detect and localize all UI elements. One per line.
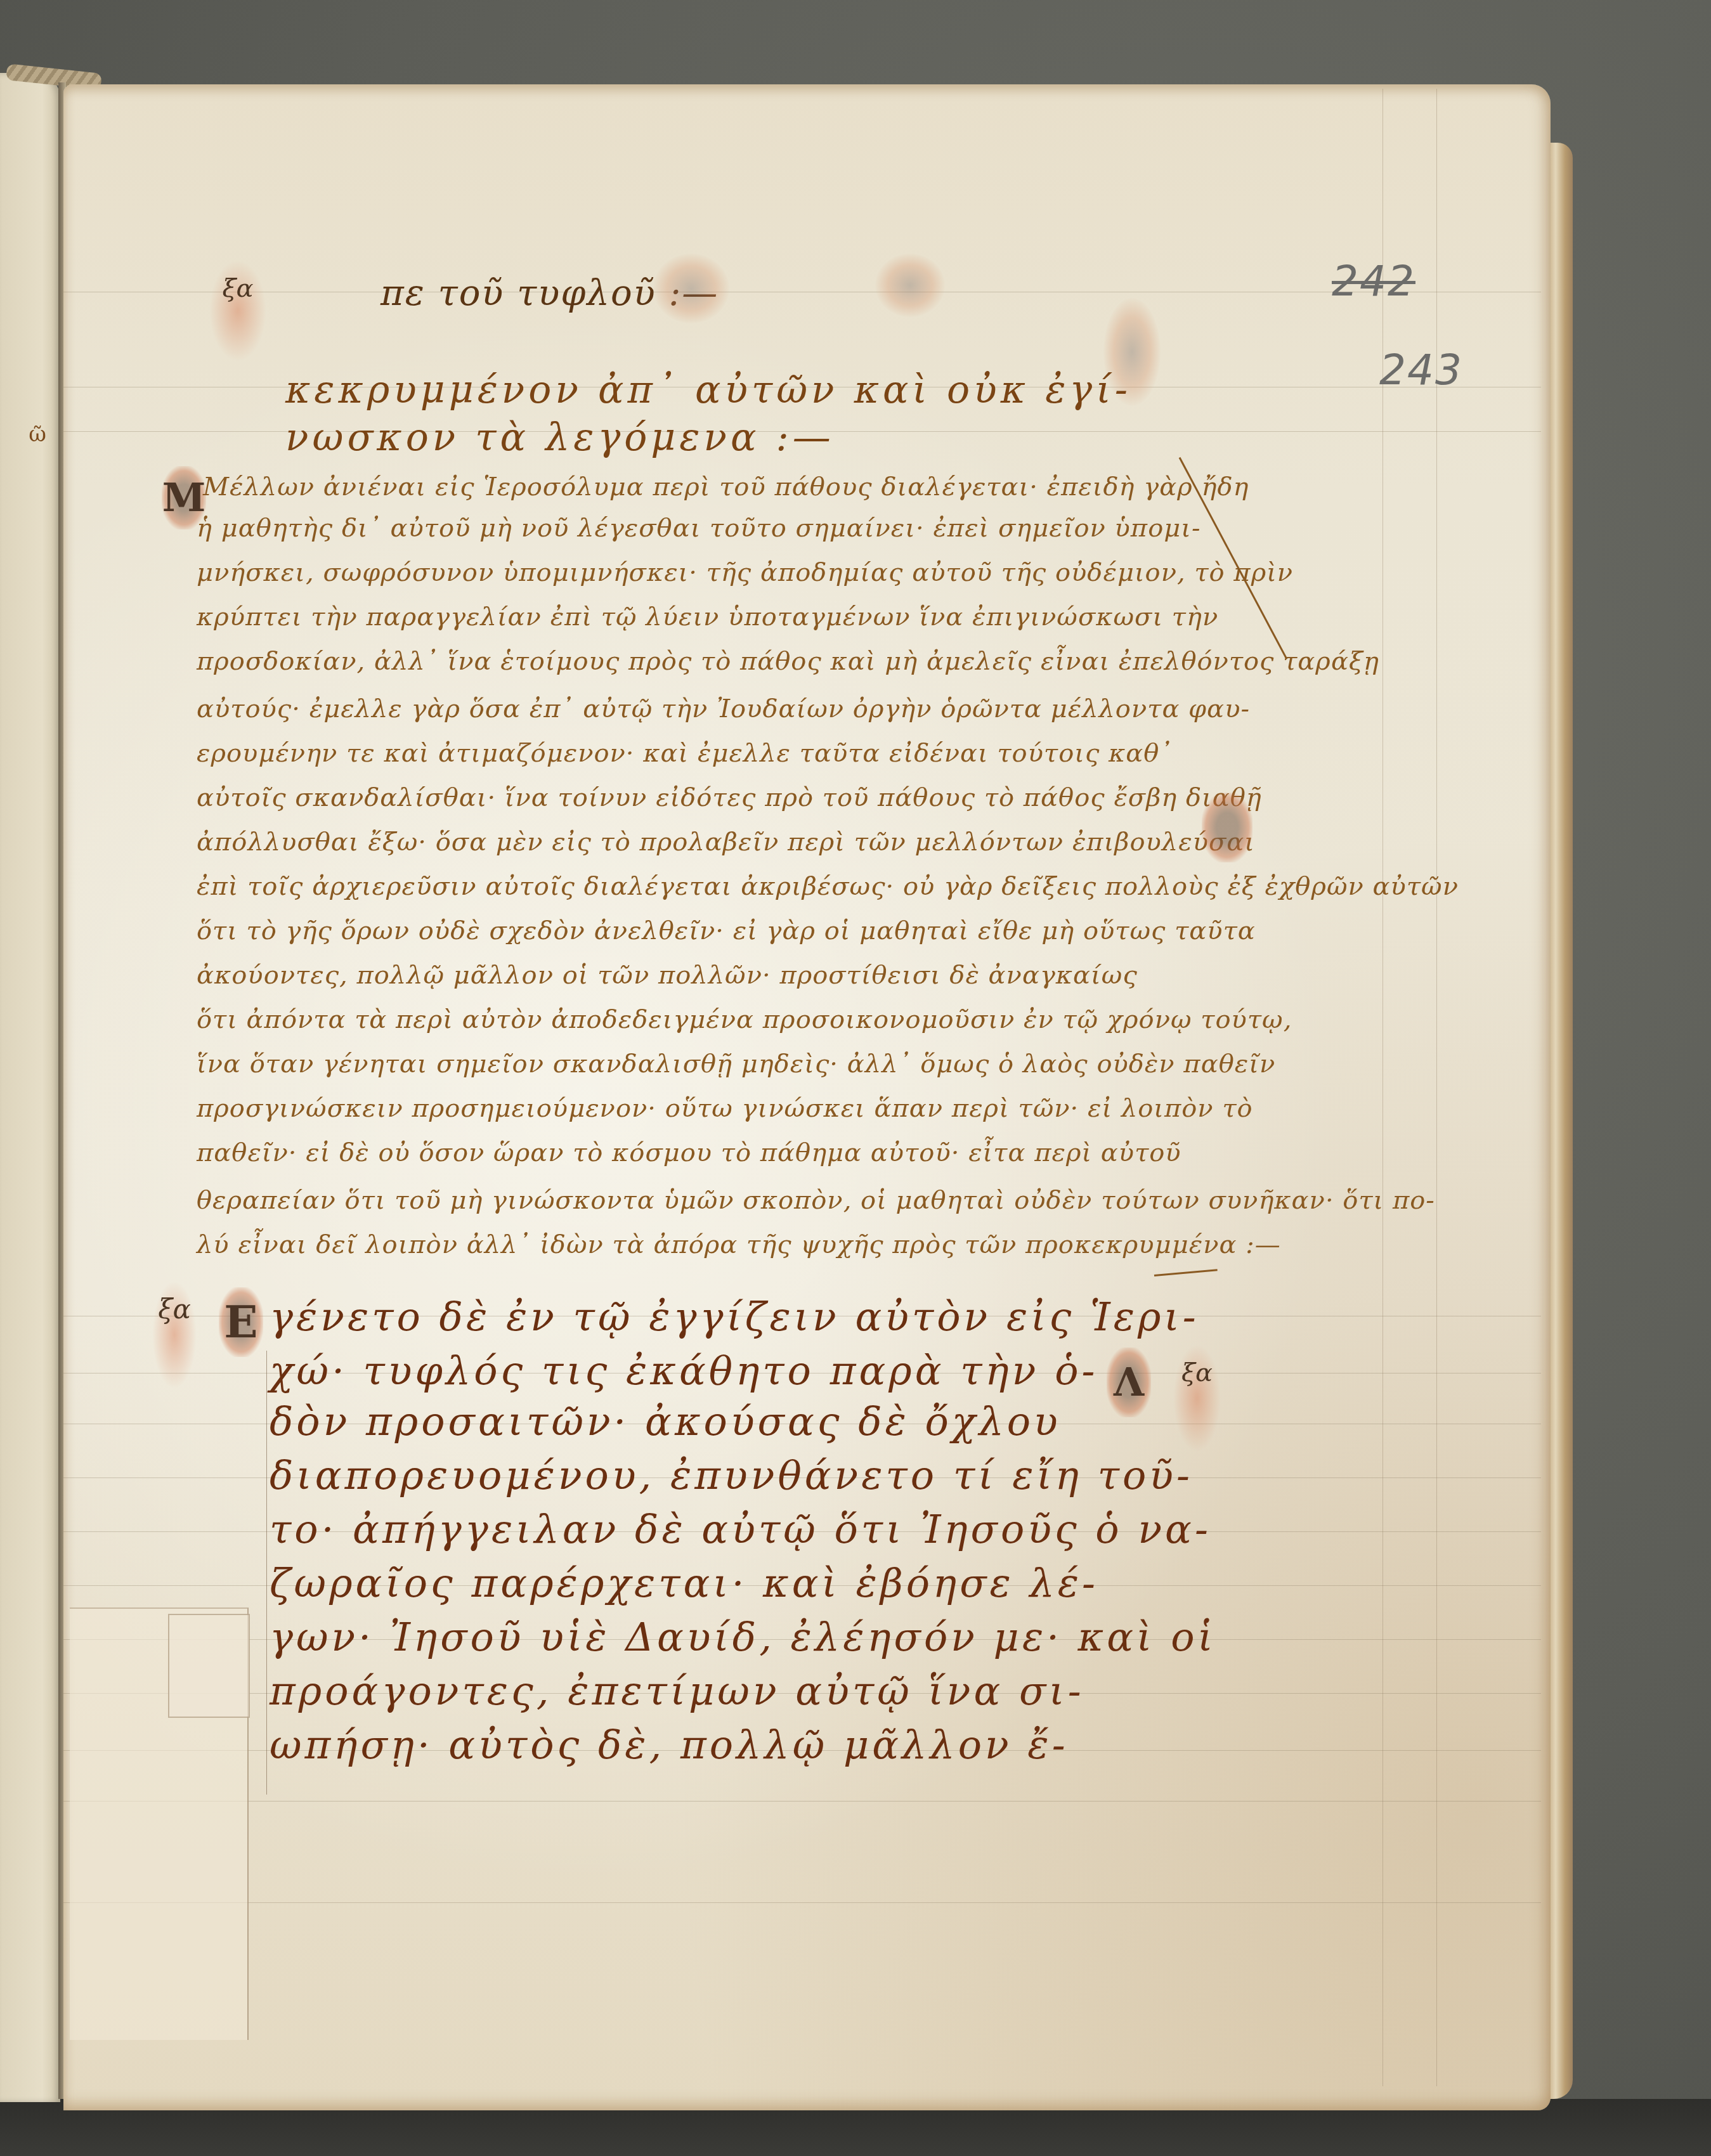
gospel-line: ζωραῖος παρέρχεται· καὶ ἐβόησε λέ-	[270, 1560, 1098, 1606]
left-page-text-bleed: ῶ	[1, 377, 46, 491]
commentary-line: αὐτοῖς σκανδαλίσθαι· ἵνα τοίνυν εἰδότες …	[197, 783, 1262, 812]
gospel-line: το· ἀπήγγειλαν δὲ αὐτῷ ὅτι Ἰησοῦς ὁ να-	[270, 1506, 1211, 1552]
commentary-line: ερουμένην τε καὶ ἀτιμαζόμενον· καὶ ἐμελλ…	[197, 739, 1173, 768]
left-page-edge: ῶ	[0, 73, 60, 2102]
bleed-glyph: ῶ	[29, 422, 46, 447]
gospel-line: ωπήσῃ· αὐτὸς δὲ, πολλῷ μᾶλλον ἔ-	[270, 1722, 1069, 1768]
gospel-right-initial: Λ	[1107, 1347, 1151, 1417]
lemma-line-1: κεκρυμμένον ἀπ᾽ αὐτῶν καὶ οὐκ ἐγί-	[285, 368, 1131, 412]
lemma-line-2: νωσκον τὰ λεγόμενα :—	[285, 415, 835, 460]
gospel-line: διαπορευομένου, ἐπυνθάνετο τί εἴη τοῦ-	[270, 1452, 1193, 1498]
header-siglum: ξα	[209, 260, 266, 361]
gospel-left-siglum-text: ξα	[158, 1294, 191, 1325]
folio-number-struck: 242	[1332, 257, 1415, 306]
commentary-line: ἡ μαθητὴς δι᾽ αὐτοῦ μὴ νοῦ λέγεσθαι τοῦτ…	[197, 514, 1200, 543]
header-siglum-text: ξα	[222, 274, 253, 303]
gospel-line: προάγοντες, ἐπετίμων αὐτῷ ἵνα σι-	[270, 1668, 1084, 1714]
gospel-left-siglum: ξα	[152, 1281, 197, 1389]
commentary-line: ἀκούοντες, πολλῷ μᾶλλον οἱ τῶν πολλῶν· π…	[197, 961, 1138, 990]
commentary-line: αὐτούς· ἐμελλε γὰρ ὅσα ἐπ᾽ αὐτῷ τὴν Ἰουδ…	[197, 694, 1250, 724]
commentary-line: ἐπὶ τοῖς ἀρχιερεῦσιν αὐτοῖς διαλέγεται ἀ…	[197, 872, 1459, 901]
commentary-line: ἀπόλλυσθαι ἔξω· ὅσα μὲν εἰς τὸ προλαβεῖν…	[197, 828, 1255, 857]
commentary-line: λύ εἶναι δεῖ λοιπὸν ἀλλ᾽ ἰδὼν τὰ ἀπόρα τ…	[197, 1230, 1281, 1259]
gospel-line: χώ· τυφλός τις ἐκάθητο παρὰ τὴν ὁ-	[270, 1347, 1098, 1394]
gospel-line: γων· Ἰησοῦ υἱὲ Δαυίδ, ἐλέησόν με· καὶ οἱ	[270, 1614, 1216, 1660]
commentary-line: θεραπείαν ὅτι τοῦ μὴ γινώσκοντα ὑμῶν σκο…	[197, 1186, 1435, 1215]
folio-number: 243	[1379, 346, 1463, 394]
commentary-line: προσγινώσκειν προσημειούμενον· οὕτω γινώ…	[197, 1094, 1253, 1123]
marginal-initial-stain	[1202, 793, 1252, 862]
offset-stain	[653, 254, 729, 323]
gospel-right-initial-letter: Λ	[1114, 1359, 1144, 1405]
gospel-right-siglum-text: ξα	[1181, 1358, 1213, 1387]
cut-leaf-tab	[168, 1614, 250, 1718]
gospel-line: δὸν προσαιτῶν· ἀκούσας δὲ ὄχλου	[270, 1398, 1061, 1445]
commentary-line: μνήσκει, σωφρόσυνον ὑπομιμνήσκει· τῆς ἀπ…	[197, 558, 1293, 587]
gospel-right-siglum: ξα	[1173, 1344, 1221, 1452]
gospel-line: γένετο δὲ ἐν τῷ ἐγγίζειν αὐτὸν εἰς Ἱερι-	[270, 1294, 1199, 1340]
commentary-line: ὅτι ἀπόντα τὰ περὶ αὐτὸν ἀποδεδειγμένα π…	[197, 1005, 1292, 1034]
commentary-line: προσδοκίαν, ἀλλ᾽ ἵνα ἑτοίμους πρὸς τὸ πά…	[197, 647, 1379, 676]
gospel-initial-letter: Ε	[224, 1296, 257, 1348]
commentary-line: Μέλλων ἀνιέναι εἰς Ἱεροσόλυμα περὶ τοῦ π…	[203, 472, 1249, 502]
commentary-line: παθεῖν· εἰ δὲ οὐ ὅσον ὥραν τὸ κόσμου τὸ …	[197, 1138, 1181, 1167]
offset-stain	[875, 254, 945, 317]
commentary-line: ἵνα ὅταν γένηται σημεῖον σκανδαλισθῇ μηδ…	[197, 1049, 1275, 1079]
gospel-initial: Ε	[219, 1287, 263, 1357]
commentary-line: κρύπτει τὴν παραγγελίαν ἐπὶ τῷ λύειν ὑπο…	[197, 602, 1218, 632]
commentary-line: ὅτι τὸ γῆς ὅρων οὐδὲ σχεδὸν ἀνελθεῖν· εἰ…	[197, 916, 1256, 945]
